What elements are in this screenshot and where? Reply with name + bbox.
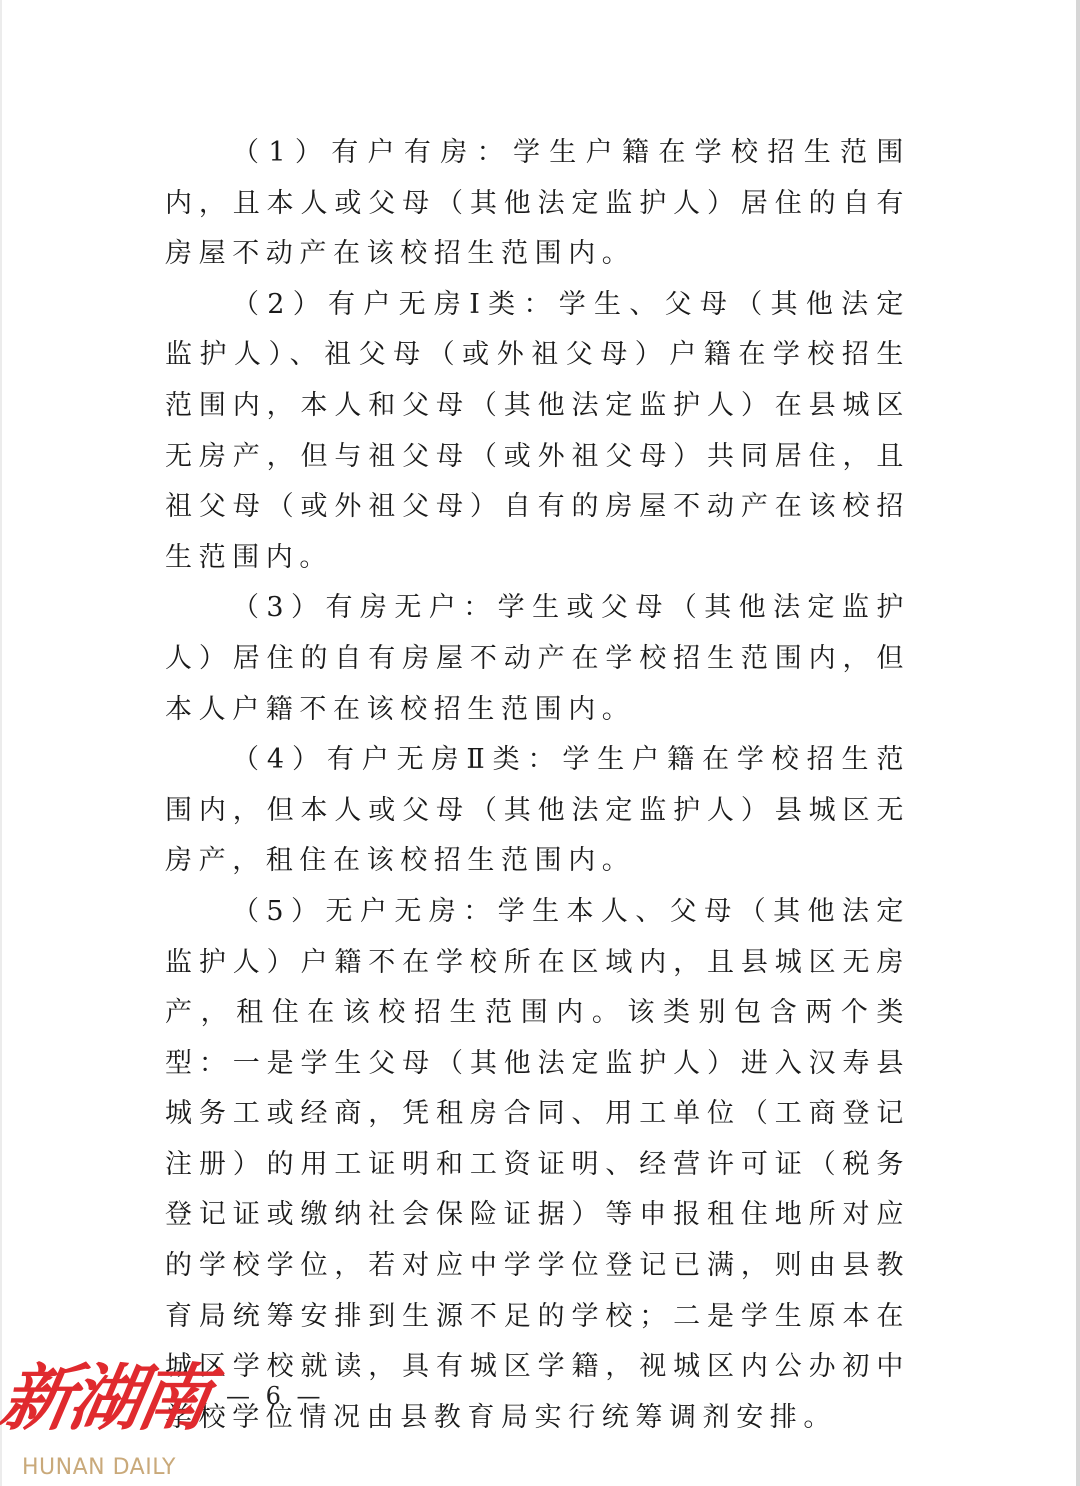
- paragraph-category-2: （2）有户无房Ⅰ类：学生、父母（其他法定监护人）、祖父母（或外祖父母）户籍在学校…: [165, 280, 910, 584]
- hunan-daily-watermark-logo: 新湖南 HUNAN DAILY: [0, 1358, 230, 1486]
- paragraph-category-5: （5）无户无房：学生本人、父母（其他法定监护人）户籍不在学校所在区域内，且县城区…: [165, 887, 910, 1444]
- paragraph-category-4: （4）有户无房Ⅱ类：学生户籍在学校招生范围内，但本人或父母（其他法定监护人）县城…: [165, 735, 910, 887]
- page-edge-left: [0, 0, 2, 1486]
- page-edge-right: [1076, 0, 1080, 1486]
- paragraph-category-1: （1）有户有房：学生户籍在学校招生范围内，且本人或父母（其他法定监护人）居住的自…: [165, 128, 910, 280]
- watermark-english-text: HUNAN DAILY: [22, 1454, 176, 1482]
- paragraph-category-3: （3）有房无户：学生或父母（其他法定监护人）居住的自有房屋不动产在学校招生范围内…: [165, 583, 910, 735]
- watermark-chinese-logo-text: 新湖南: [0, 1358, 213, 1438]
- document-body: （1）有户有房：学生户籍在学校招生范围内，且本人或父母（其他法定监护人）居住的自…: [165, 128, 910, 1443]
- page-number: — 6 —: [226, 1382, 325, 1410]
